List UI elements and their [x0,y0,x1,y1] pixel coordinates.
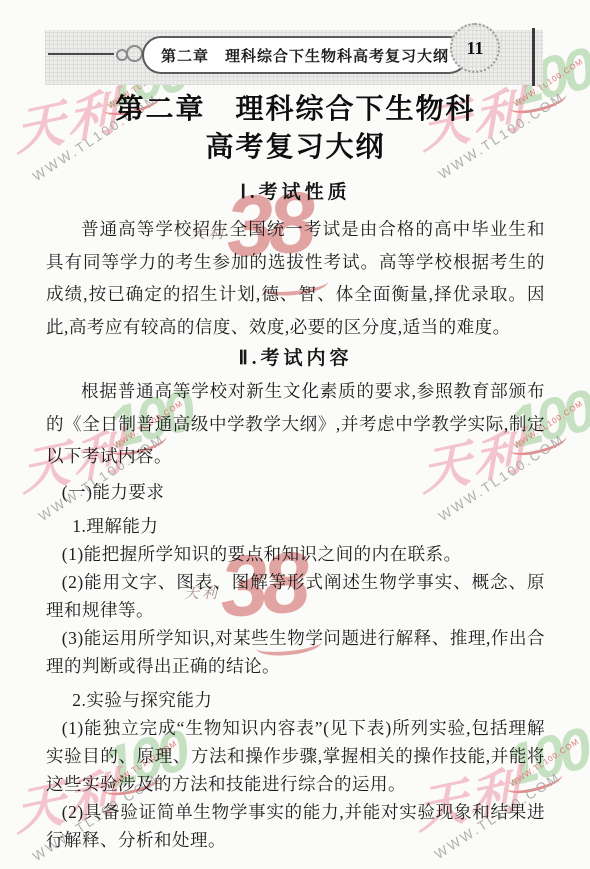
section-1-paragraph: 普通高等学校招生全国统一考试是由合格的高中毕业生和具有同等学力的考生参加的选拔性… [46,213,545,343]
header-dot-big-icon [126,45,143,62]
chapter-label: 第二章 理科综合下生物科高考复习大纲 [142,36,468,74]
ability-item-1-point-3: (3)能运用所学知识,对某些生物学问题进行解释、推理,作出合理的判断或得出正确的… [46,624,545,680]
header-vertical-rule [532,28,535,86]
ability-item-2-point-1: (1)能独立完成“生物知识内容表”(见下表)所列实验,包括理解实验目的、原理、方… [46,714,545,798]
ability-item-1-title: 1.理解能力 [46,512,545,540]
section-1-heading: Ⅰ.考试性质 [46,180,545,206]
page-number-badge: 11 [450,23,500,73]
running-header: 第二章 理科综合下生物科高考复习大纲 11 [45,30,543,85]
ability-requirements-heading: (一)能力要求 [46,478,545,506]
chapter-title-line1: 第二章 理科综合下生物科 [115,93,475,124]
page-content: 第二章 理科综合下生物科 高考复习大纲 Ⅰ.考试性质 普通高等学校招生全国统一考… [46,90,545,854]
ability-item-1-point-1: (1)能把握所学知识的要点和知识之间的内在联系。 [46,540,545,568]
ability-item-1-point-2: (2)能用文字、图表、图解等形式阐述生物学事实、概念、原理和规律等。 [46,568,545,624]
ability-item-2-title: 2.实验与探究能力 [46,686,545,714]
section-2-intro: 根据普通高等学校对新生文化素质的要求,参照教育部颁布的《全日制普通高级中学教学大… [46,375,545,473]
ability-item-2-point-2: (2)具备验证简单生物学事实的能力,并能对实验现象和结果进行解释、分析和处理。 [46,798,545,854]
chapter-title: 第二章 理科综合下生物科 高考复习大纲 [46,90,545,166]
chapter-title-line2: 高考复习大纲 [205,131,385,162]
header-rule-line [48,53,114,55]
document-page: 100 WWW.TL100.COM 天利 WWW.TL100.COM 100 W… [0,0,590,869]
section-2-heading: Ⅱ.考试内容 [46,346,545,372]
